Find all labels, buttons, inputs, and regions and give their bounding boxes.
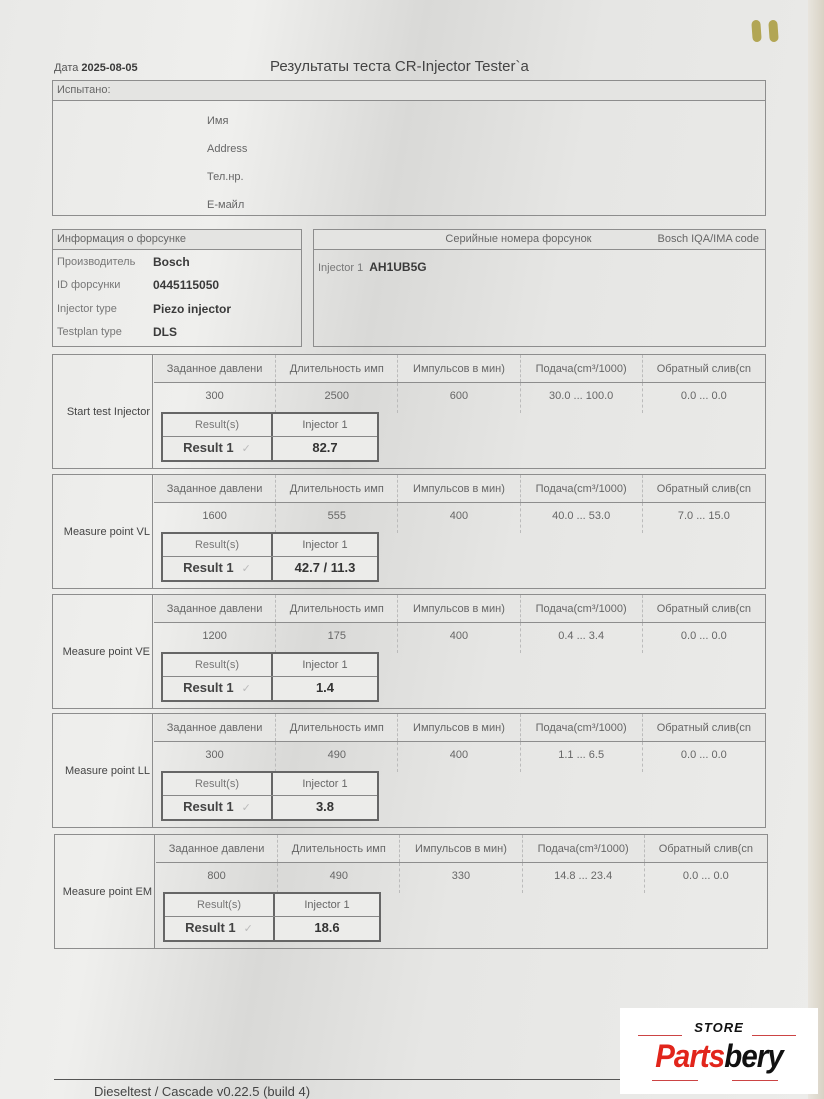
column-header: Обратный слив(cn: [643, 355, 765, 382]
column-header: Подача(cm³/1000): [521, 595, 643, 622]
column-header: Заданное давлени: [154, 355, 276, 382]
column-header: Обратный слив(cn: [643, 475, 765, 502]
test-section: Measure point VE Заданное давлениДлитель…: [52, 594, 766, 709]
info-value: DLS: [153, 325, 177, 339]
column-header: Подача(cm³/1000): [521, 475, 643, 502]
column-header: Импульсов в мин): [398, 355, 520, 382]
result-table: Result(s)Injector 1 Result 1✓1.4: [161, 652, 379, 702]
test-values-row: 160055540040.0 ... 53.07.0 ... 15.0: [154, 503, 765, 533]
column-header: Длительность имп: [276, 355, 398, 382]
info-label: Производитель: [57, 256, 153, 268]
serials-heading: Серийные номера форсунок: [445, 233, 591, 246]
column-header: Подача(cm³/1000): [523, 835, 645, 862]
column-header: Импульсов в мин): [400, 835, 522, 862]
column-header: Заданное давлени: [154, 475, 276, 502]
column-header: Обратный слив(cn: [643, 714, 765, 741]
result-header-label: Result(s): [163, 534, 273, 556]
test-value: 400: [398, 623, 520, 653]
report-date: Дата2025-08-05: [54, 62, 138, 74]
paper-edge: [808, 0, 824, 1099]
test-values-row: 3004904001.1 ... 6.50.0 ... 0.0: [154, 742, 765, 772]
column-header: Длительность имп: [278, 835, 400, 862]
test-value: 600: [398, 383, 520, 413]
info-row-id: ID форсунки0445115050: [53, 274, 301, 298]
test-values-row: 300250060030.0 ... 100.00.0 ... 0.0: [154, 383, 765, 413]
test-header-row: Заданное давлениДлительность импИмпульсо…: [156, 835, 767, 863]
result-row-label: Result 1✓: [163, 677, 273, 700]
result-row-label: Result 1✓: [165, 917, 275, 940]
date-label: Дата: [54, 62, 78, 74]
injector-info-section: Информация о форсунке ПроизводительBosch…: [52, 229, 302, 347]
test-section: Measure point VL Заданное давлениДлитель…: [52, 474, 766, 589]
phone-field: Тел.нр.: [207, 171, 247, 199]
tested-heading: Испытано:: [53, 81, 765, 101]
staple-marks: [752, 20, 778, 42]
test-value: 490: [276, 742, 398, 772]
serial-value: AH1UB5G: [369, 260, 426, 274]
column-header: Заданное давлени: [156, 835, 278, 862]
column-header: Заданное давлени: [154, 595, 276, 622]
logo-brand-text: Partsbery: [628, 1038, 810, 1075]
info-value: 0445115050: [153, 278, 219, 292]
column-header: Импульсов в мин): [398, 595, 520, 622]
result-table: Result(s)Injector 1 Result 1✓82.7: [161, 412, 379, 462]
result-header-injector: Injector 1: [273, 654, 377, 676]
result-table: Result(s)Injector 1 Result 1✓3.8: [161, 771, 379, 821]
result-header-injector: Injector 1: [273, 414, 377, 436]
serial-row: Injector 1AH1UB5G: [314, 250, 765, 284]
result-row-label: Result 1✓: [163, 796, 273, 819]
test-section: Start test Injector Заданное давлениДлит…: [52, 354, 766, 469]
column-header: Подача(cm³/1000): [521, 714, 643, 741]
info-row-manufacturer: ПроизводительBosch: [53, 250, 301, 274]
result-row-label: Result 1✓: [163, 557, 273, 580]
test-section: Measure point EM Заданное давлениДлитель…: [54, 834, 768, 949]
test-value: 330: [400, 863, 522, 893]
column-header: Обратный слив(cn: [645, 835, 767, 862]
name-field: Имя: [207, 115, 247, 143]
column-header: Длительность имп: [276, 475, 398, 502]
page-title: Результаты теста CR-Injector Tester`a: [270, 58, 529, 75]
column-header: Обратный слив(cn: [643, 595, 765, 622]
info-row-type: Injector typePiezo injector: [53, 297, 301, 321]
column-header: Подача(cm³/1000): [521, 355, 643, 382]
column-header: Длительность имп: [276, 714, 398, 741]
info-value: Bosch: [153, 255, 190, 269]
info-label: Injector type: [57, 303, 153, 315]
result-header-label: Result(s): [165, 894, 275, 916]
check-icon: ✓: [242, 683, 251, 695]
result-header-label: Result(s): [163, 654, 273, 676]
footer-software-version: Dieseltest / Cascade v0.22.5 (build 4): [94, 1084, 310, 1099]
test-value: 7.0 ... 15.0: [643, 503, 765, 533]
test-value: 1.1 ... 6.5: [521, 742, 643, 772]
test-value: 400: [398, 742, 520, 772]
logo-store-text: STORE: [620, 1020, 818, 1035]
test-value: 30.0 ... 100.0: [521, 383, 643, 413]
test-name: Measure point VE: [53, 595, 153, 708]
test-name: Measure point EM: [55, 835, 155, 948]
test-value: 1200: [154, 623, 276, 653]
test-value: 0.0 ... 0.0: [643, 623, 765, 653]
column-header: Заданное давлени: [154, 714, 276, 741]
test-header-row: Заданное давлениДлительность импИмпульсо…: [154, 475, 765, 503]
info-row-testplan: Testplan typeDLS: [53, 321, 301, 345]
partsbery-watermark-logo: STORE Partsbery: [620, 1008, 818, 1094]
result-header-injector: Injector 1: [273, 773, 377, 795]
column-header: Импульсов в мин): [398, 714, 520, 741]
test-value: 1600: [154, 503, 276, 533]
info-label: ID форсунки: [57, 279, 153, 291]
test-value: 2500: [276, 383, 398, 413]
test-name: Measure point LL: [53, 714, 153, 827]
test-name: Start test Injector: [53, 355, 153, 468]
check-icon: ✓: [242, 443, 251, 455]
test-value: 800: [156, 863, 278, 893]
result-value: 1.4: [273, 677, 377, 700]
test-value: 400: [398, 503, 520, 533]
date-value: 2025-08-05: [81, 62, 137, 74]
test-name: Measure point VL: [53, 475, 153, 588]
test-value: 300: [154, 383, 276, 413]
report-header: Дата2025-08-05 Результаты теста CR-Injec…: [54, 56, 766, 78]
result-value: 82.7: [273, 437, 377, 460]
injector-info-heading: Информация о форсунке: [53, 230, 301, 250]
test-header-row: Заданное давлениДлительность импИмпульсо…: [154, 595, 765, 623]
result-header-injector: Injector 1: [275, 894, 379, 916]
test-value: 300: [154, 742, 276, 772]
result-header-label: Result(s): [163, 773, 273, 795]
test-values-row: 12001754000.4 ... 3.40.0 ... 0.0: [154, 623, 765, 653]
test-value: 175: [276, 623, 398, 653]
result-row-label: Result 1✓: [163, 437, 273, 460]
test-value: 0.4 ... 3.4: [521, 623, 643, 653]
result-value: 18.6: [275, 917, 379, 940]
iqa-code-heading: Bosch IQA/IMA code: [658, 233, 760, 246]
serials-section: Серийные номера форсунок Bosch IQA/IMA c…: [313, 229, 766, 347]
result-value: 42.7 / 11.3: [273, 557, 377, 580]
result-value: 3.8: [273, 796, 377, 819]
column-header: Импульсов в мин): [398, 475, 520, 502]
test-values-row: 80049033014.8 ... 23.40.0 ... 0.0: [156, 863, 767, 893]
test-section: Measure point LL Заданное давлениДлитель…: [52, 713, 766, 828]
result-table: Result(s)Injector 1 Result 1✓18.6: [163, 892, 381, 942]
serial-label: Injector 1: [318, 262, 363, 274]
test-value: 0.0 ... 0.0: [645, 863, 767, 893]
test-value: 14.8 ... 23.4: [523, 863, 645, 893]
check-icon: ✓: [242, 563, 251, 575]
info-label: Testplan type: [57, 326, 153, 338]
result-table: Result(s)Injector 1 Result 1✓42.7 / 11.3: [161, 532, 379, 582]
check-icon: ✓: [242, 802, 251, 814]
test-header-row: Заданное давлениДлительность импИмпульсо…: [154, 355, 765, 383]
result-header-injector: Injector 1: [273, 534, 377, 556]
tested-section: Испытано: Имя Address Тел.нр. E-майл: [52, 80, 766, 216]
test-value: 0.0 ... 0.0: [643, 742, 765, 772]
footer-divider: [54, 1079, 624, 1080]
result-header-label: Result(s): [163, 414, 273, 436]
test-header-row: Заданное давлениДлительность импИмпульсо…: [154, 714, 765, 742]
address-field: Address: [207, 143, 247, 171]
test-value: 0.0 ... 0.0: [643, 383, 765, 413]
test-value: 555: [276, 503, 398, 533]
check-icon: ✓: [244, 923, 253, 935]
test-value: 40.0 ... 53.0: [521, 503, 643, 533]
serials-header: Серийные номера форсунок Bosch IQA/IMA c…: [314, 230, 765, 250]
email-field: E-майл: [207, 199, 247, 227]
test-value: 490: [278, 863, 400, 893]
info-value: Piezo injector: [153, 302, 231, 316]
column-header: Длительность имп: [276, 595, 398, 622]
